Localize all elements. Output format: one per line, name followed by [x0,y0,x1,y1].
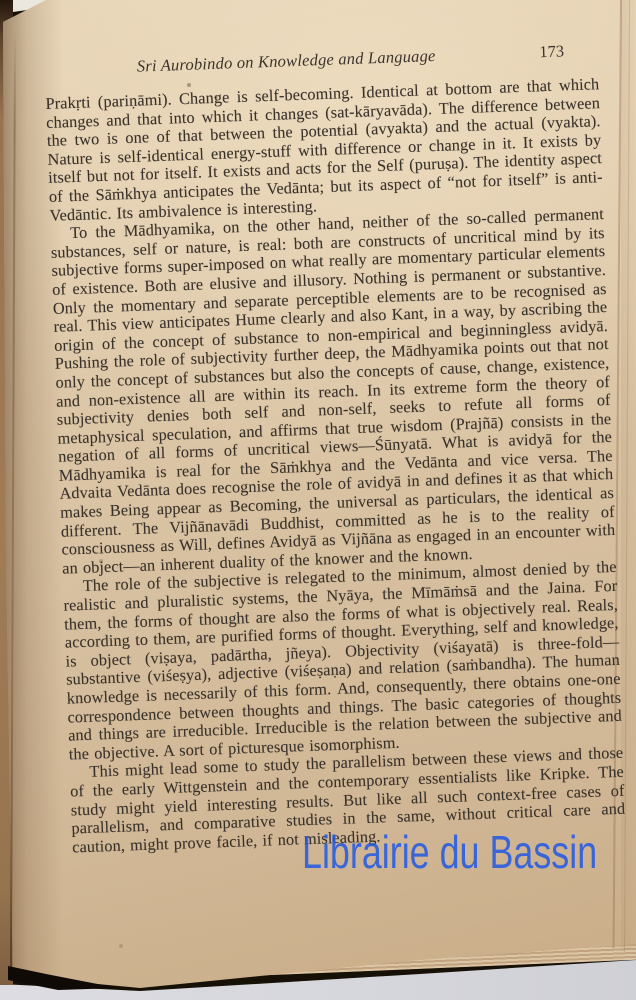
page-specks [0,0,2,2]
paragraph: To the Mādhyamika, on the other hand, ne… [50,205,616,578]
bookseller-watermark: Librairie du Bassin [302,829,597,875]
paragraph: The role of the subjective is relegated … [63,558,623,764]
paragraph: Prakṛti (pariṇāmi). Change is self-becom… [45,75,603,225]
body-text: Prakṛti (pariṇāmi). Change is self-becom… [45,75,626,857]
printed-content: Sri Aurobindo on Knowledge and Language … [44,40,626,857]
book-photo: Sri Aurobindo on Knowledge and Language … [0,0,636,1000]
page-number: 173 [539,41,564,62]
